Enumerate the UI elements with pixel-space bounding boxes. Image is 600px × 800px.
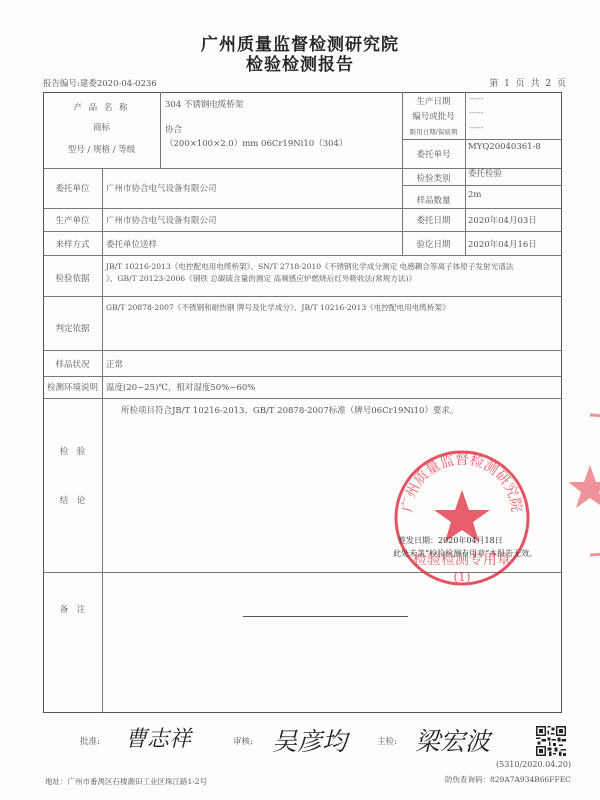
divider [43, 231, 562, 232]
product-name: 304 不锈钢电缆桥架 [165, 98, 243, 110]
product-name-label: 产 品 名 称 [43, 101, 160, 113]
conclusion-label-1: 检 验 [43, 445, 102, 457]
judge-basis-label: 判定依据 [43, 322, 102, 334]
client-label: 委托单位 [43, 182, 102, 194]
report-number: 报告编号:建委2020-04-0236 [43, 77, 157, 89]
brand-label: 商标 [43, 121, 160, 133]
sampling-method-value: 委托单位送样 [106, 238, 157, 250]
batch-label: 编号或批号 [402, 110, 465, 122]
inspect-label: 主检: [377, 735, 397, 747]
test-basis-line-2: 》、GB/T 20123-2006《钢铁 总碳硫含量的测定 高频感应炉燃烧后红外… [106, 273, 416, 284]
divider [43, 255, 562, 256]
divider [160, 92, 161, 168]
entrust-date-value: 2020年04月03日 [468, 214, 537, 226]
address: 地址：广州市番禺区石楼潮田工业区珠江路1-2号 [45, 776, 207, 787]
test-type-value: 委托检验 [468, 167, 502, 179]
document-title: 检验检测报告 [0, 50, 600, 75]
stamp-note: 此处未盖“检验检测专用章”本报告无效。 [393, 548, 537, 559]
sampling-method-label: 来样方式 [43, 238, 102, 250]
divider [43, 398, 562, 399]
environment-value: 温度(20~25)℃，相对湿度50%~60% [106, 381, 255, 393]
divider [43, 350, 562, 351]
divider [43, 296, 562, 297]
production-date-label: 生产日期 [402, 95, 465, 107]
inspect-signature: 梁宏波 [415, 722, 490, 758]
judge-basis-value: GB/T 20878-2007《不锈钢和耐热钢 牌号及化学成分》、JB/T 10… [106, 302, 450, 313]
batch-value: ----- [469, 108, 483, 118]
model-value: （200×100×2.0）mm 06Cr19Ni10（304） [165, 137, 347, 149]
finish-date-value: 2020年04月16日 [468, 238, 537, 250]
order-number-label: 委托单号 [402, 148, 465, 160]
divider [402, 185, 562, 186]
conclusion-label-2: 结 论 [43, 494, 102, 506]
conclusion-text: 所检项目符合JB/T 10216-2013、GB/T 20878-2007标准（… [121, 404, 458, 416]
order-number-value: MYQ20040361-8 [468, 142, 541, 152]
remarks-underline [243, 616, 408, 617]
qr-code-icon[interactable] [536, 726, 566, 756]
sample-state-label: 样品状况 [43, 358, 102, 370]
test-basis-label: 检验依据 [43, 272, 102, 284]
divider [43, 376, 562, 377]
model-label: 型号 / 规格 / 等级 [43, 143, 160, 155]
page-indicator: 第 1 页 共 2 页 [489, 76, 566, 89]
review-label: 审核: [233, 735, 253, 747]
anti-fake-code: 防伪查询码：829A7A934B66FFEC [445, 774, 571, 785]
divider [102, 168, 103, 713]
test-type-label: 检验类别 [402, 172, 465, 184]
divider [465, 92, 466, 255]
remarks-label: 备 注 [43, 603, 102, 615]
version-code: (5310/2020.04.20) [496, 760, 571, 769]
review-signature: 吴彦均 [272, 722, 347, 758]
test-basis-line-1: JB/T 10216-2013《电控配电用电缆桥架》、SN/T 2718-201… [106, 261, 513, 272]
divider [402, 139, 562, 140]
divider [43, 208, 562, 209]
production-date-value: ----- [469, 94, 483, 104]
expiry-value: ----- [469, 123, 483, 133]
environment-label: 检测环境说明 [43, 381, 102, 393]
sample-quantity-label: 样品数量 [402, 194, 465, 206]
client-value: 广州市协合电气设备有限公司 [106, 182, 217, 194]
expiry-label: 限用日期/保质期 [402, 127, 465, 136]
partial-seal-icon [570, 410, 600, 560]
brand-value: 协合 [165, 123, 182, 135]
producer-value: 广州市协合电气设备有限公司 [106, 214, 217, 226]
finish-date-label: 验讫日期 [402, 238, 465, 250]
entrust-date-label: 委托日期 [402, 214, 465, 226]
approve-signature: 曹志祥 [125, 722, 191, 753]
issue-date: 签发日期：2020年04月18日 [398, 535, 503, 546]
producer-label: 生产单位 [43, 214, 102, 226]
divider [43, 572, 562, 573]
sample-quantity-value: 2m [468, 190, 481, 200]
sample-state-value: 正常 [106, 358, 123, 370]
approve-label: 批准: [80, 735, 100, 747]
